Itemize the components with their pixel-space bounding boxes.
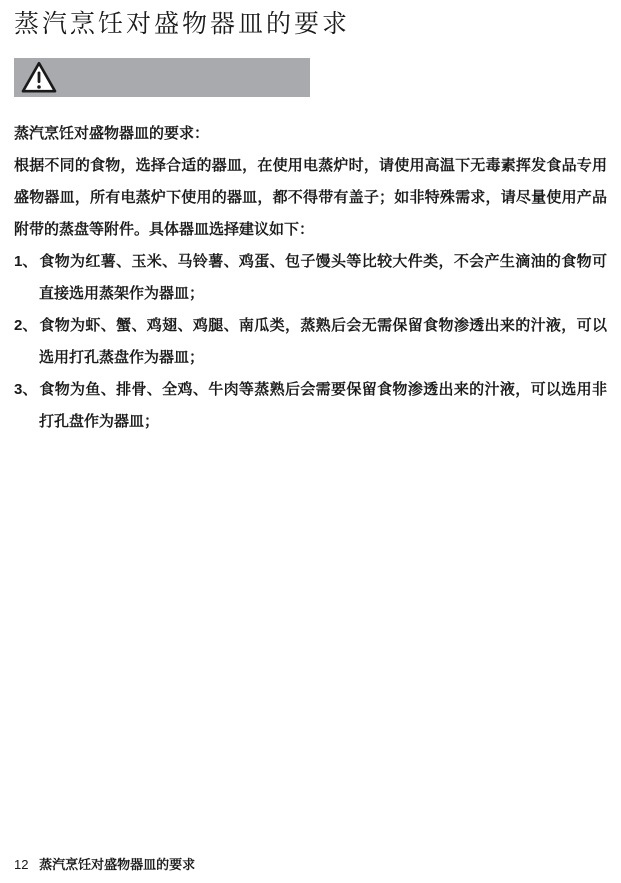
document-page: 蒸汽烹饪对盛物器皿的要求 蒸汽烹饪对盛物器皿的要求： 根据不同的食物，选择合适的… xyxy=(0,0,621,883)
list-item-text: 食物为红薯、玉米、马铃薯、鸡蛋、包子馒头等比较大件类，不会产生滴油的食物可直接选… xyxy=(39,253,607,302)
list-item: 1、食物为红薯、玉米、马铃薯、鸡蛋、包子馒头等比较大件类，不会产生滴油的食物可直… xyxy=(14,246,607,310)
list-item-number: 1、 xyxy=(14,246,39,278)
footer-section-title: 蒸汽烹饪对盛物器皿的要求 xyxy=(39,857,195,872)
list-item: 2、食物为虾、蟹、鸡翅、鸡腿、南瓜类，蒸熟后会无需保留食物渗透出来的汁液，可以选… xyxy=(14,310,607,374)
page-number: 12 xyxy=(14,857,28,872)
page-title: 蒸汽烹饪对盛物器皿的要求 xyxy=(0,0,621,38)
list-item-text: 食物为虾、蟹、鸡翅、鸡腿、南瓜类，蒸熟后会无需保留食物渗透出来的汁液，可以选用打… xyxy=(39,317,607,366)
section-heading-line: 蒸汽烹饪对盛物器皿的要求： xyxy=(14,118,607,150)
warning-triangle-icon xyxy=(21,61,57,94)
list-item-number: 2、 xyxy=(14,310,39,342)
page-footer: 12 蒸汽烹饪对盛物器皿的要求 xyxy=(14,856,195,874)
body-text: 蒸汽烹饪对盛物器皿的要求： 根据不同的食物，选择合适的器皿，在使用电蒸炉时，请使… xyxy=(14,118,607,438)
warning-banner xyxy=(14,58,310,97)
intro-paragraph: 根据不同的食物，选择合适的器皿，在使用电蒸炉时，请使用高温下无毒素挥发食品专用盛… xyxy=(14,150,607,246)
list-item: 3、食物为鱼、排骨、全鸡、牛肉等蒸熟后会需要保留食物渗透出来的汁液，可以选用非打… xyxy=(14,374,607,438)
list-item-number: 3、 xyxy=(14,374,39,406)
list-item-text: 食物为鱼、排骨、全鸡、牛肉等蒸熟后会需要保留食物渗透出来的汁液，可以选用非打孔盘… xyxy=(39,381,607,430)
